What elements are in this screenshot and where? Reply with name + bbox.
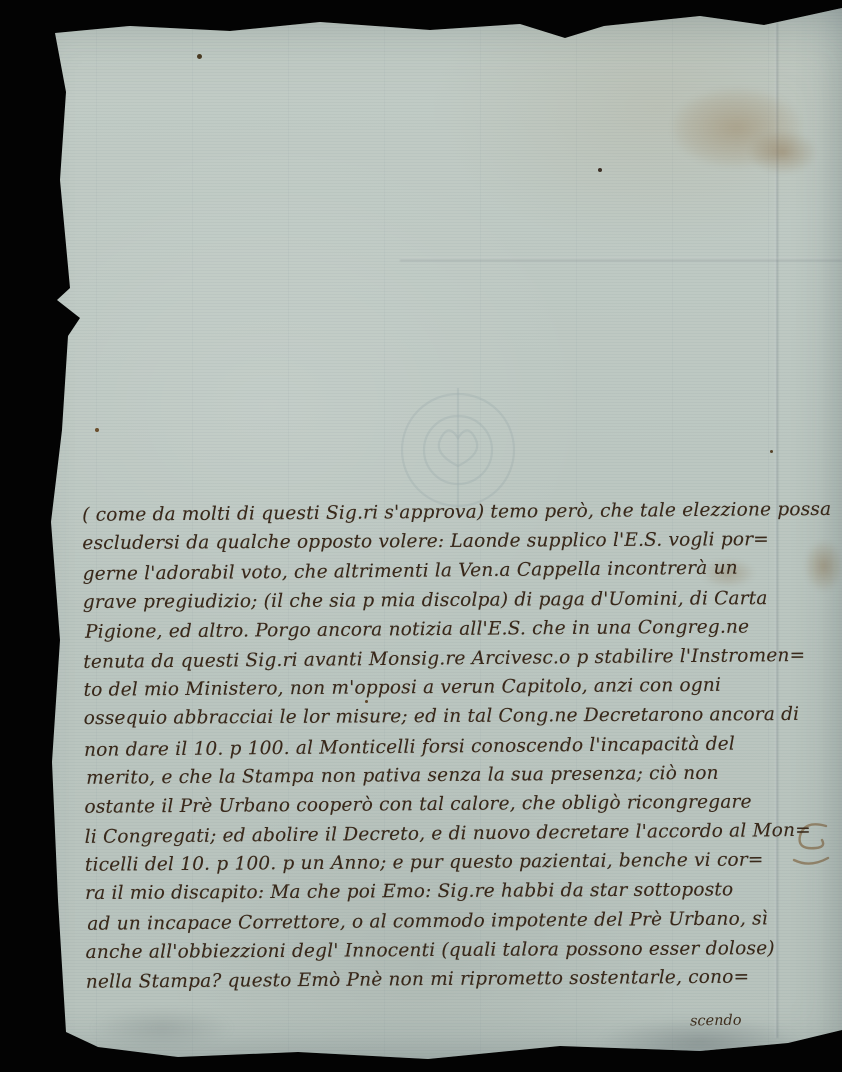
stain	[672, 88, 802, 168]
ink-speck	[598, 168, 602, 172]
manuscript-line: anche all'obbiezzioni degl' Innocenti (q…	[86, 934, 786, 967]
manuscript-line: ad un incapace Correttore, o al commodo …	[87, 904, 787, 939]
manuscript-line: nella Stampa? questo Emò Pnè non mi ripr…	[86, 962, 786, 997]
manuscript-page: ( come da molti di questi Sig.ri s'appro…	[0, 0, 842, 1072]
stain	[748, 130, 818, 175]
letter-text: ( come da molti di questi Sig.ri s'appro…	[82, 495, 786, 997]
manuscript-line: grave pregiudizio; (il che sia p mia dis…	[83, 584, 783, 617]
fold-crease-horizontal	[400, 258, 842, 262]
catchword: scendo	[690, 1012, 742, 1031]
manuscript-line: ra il mio discapito: Ma che poi Emo: Sig…	[85, 875, 785, 908]
ink-speck	[770, 450, 773, 453]
photo-background: ( come da molti di questi Sig.ri s'appro…	[0, 0, 842, 1072]
manuscript-line: ossequio abbracciai le lor misure; ed in…	[84, 700, 784, 733]
smudge	[92, 1008, 232, 1048]
stain	[804, 540, 842, 592]
ink-speck	[197, 54, 202, 59]
manuscript-line: merito, e che la Stampa non pativa senza…	[86, 758, 786, 793]
ink-speck	[95, 428, 99, 432]
